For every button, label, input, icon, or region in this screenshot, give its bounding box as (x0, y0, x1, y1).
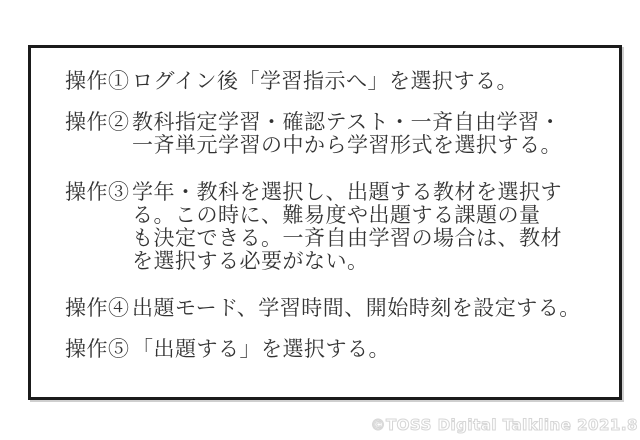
step-text-line: 出題モード、学習時間、開始時刻を設定する。 (132, 297, 611, 320)
step-row: 操作① ログイン後「学習指示へ」を選択する。 (65, 70, 611, 93)
step-row: 操作⑤ 「出題する」を選択する。 (65, 338, 611, 361)
step-text: 「出題する」を選択する。 (132, 338, 611, 361)
step-text-line: も決定できる。一斉自由学習の場合は、教材 (132, 227, 611, 250)
step-row: 操作② 教科指定学習・確認テスト・一斉自由学習・ 一斉単元学習の中から学習形式を… (65, 111, 611, 157)
step-text: ログイン後「学習指示へ」を選択する。 (132, 70, 611, 93)
page: 操作① ログイン後「学習指示へ」を選択する。 操作② 教科指定学習・確認テスト・… (0, 0, 640, 440)
watermark: ©TOSS Digital Talkline 2021.8 (370, 416, 638, 434)
step-label: 操作⑤ (65, 338, 132, 361)
step-label: 操作③ (65, 181, 132, 204)
step-text: 学年・教科を選択し、出題する教材を選択す る。この時に、難易度や出題する課題の量… (132, 181, 611, 273)
steps-box: 操作① ログイン後「学習指示へ」を選択する。 操作② 教科指定学習・確認テスト・… (28, 45, 622, 400)
step-row: 操作④ 出題モード、学習時間、開始時刻を設定する。 (65, 297, 611, 320)
step-text-line: 一斉単元学習の中から学習形式を選択する。 (132, 134, 611, 157)
step-text-line: 教科指定学習・確認テスト・一斉自由学習・ (132, 111, 611, 134)
step-text-line: ログイン後「学習指示へ」を選択する。 (132, 70, 611, 93)
step-label: 操作② (65, 111, 132, 134)
step-label: 操作④ (65, 297, 132, 320)
step-text-line: る。この時に、難易度や出題する課題の量 (132, 204, 611, 227)
step-text-line: 「出題する」を選択する。 (132, 338, 611, 361)
step-text: 出題モード、学習時間、開始時刻を設定する。 (132, 297, 611, 320)
steps-content: 操作① ログイン後「学習指示へ」を選択する。 操作② 教科指定学習・確認テスト・… (31, 48, 619, 361)
step-text: 教科指定学習・確認テスト・一斉自由学習・ 一斉単元学習の中から学習形式を選択する… (132, 111, 611, 157)
step-text-line: を選択する必要がない。 (132, 250, 611, 273)
step-text-line: 学年・教科を選択し、出題する教材を選択す (132, 181, 611, 204)
step-row: 操作③ 学年・教科を選択し、出題する教材を選択す る。この時に、難易度や出題する… (65, 181, 611, 273)
step-label: 操作① (65, 70, 132, 93)
